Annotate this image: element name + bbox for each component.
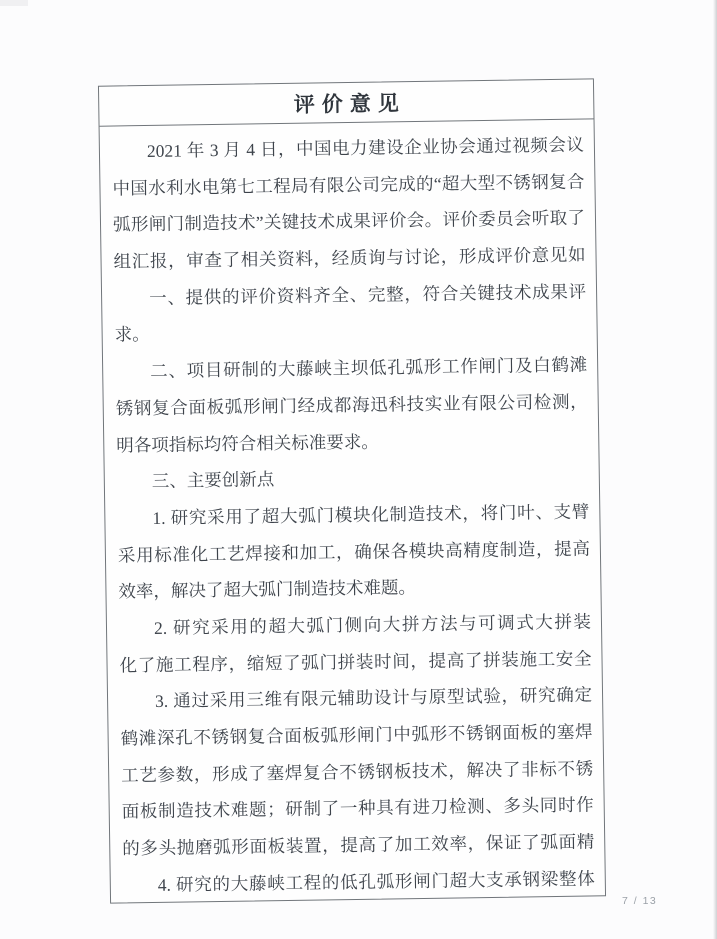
page-indicator: 7 / 13 (622, 895, 657, 907)
document-text-line: 4. 研究的大藤峡工程的低孔弧形闸门超大支承钢梁整体制造 (123, 860, 595, 904)
document-text-line: 锈钢复合面板弧形闸门经成都海迅科技实业有限公司检测，结果表 (115, 383, 587, 427)
evaluation-opinion-box: 评价意见 2021 年 3 月 4 日，中国电力建设企业协会通过视频会议召开了中… (98, 78, 606, 903)
document-text-line: 一、提供的评价资料齐全、完整，符合关键技术成果评价的要 (114, 273, 586, 317)
document-text-line: 1. 研究采用了超大弧门模块化制造技术，将门叶、支臂分段， (117, 493, 589, 537)
document-body: 2021 年 3 月 4 日，中国电力建设企业协会通过视频会议召开了中国水利水电… (100, 119, 605, 904)
scan-artifact-topleft (0, 0, 28, 6)
page-title: 评价意见 (294, 87, 406, 119)
scanned-document-page: 评价意见 2021 年 3 月 4 日，中国电力建设企业协会通过视频会议召开了中… (0, 0, 717, 939)
document-text-line: 采用标准化工艺焊接和加工，确保各模块高精度制造，提高了生产 (118, 530, 590, 574)
scan-edge-right (713, 0, 717, 939)
